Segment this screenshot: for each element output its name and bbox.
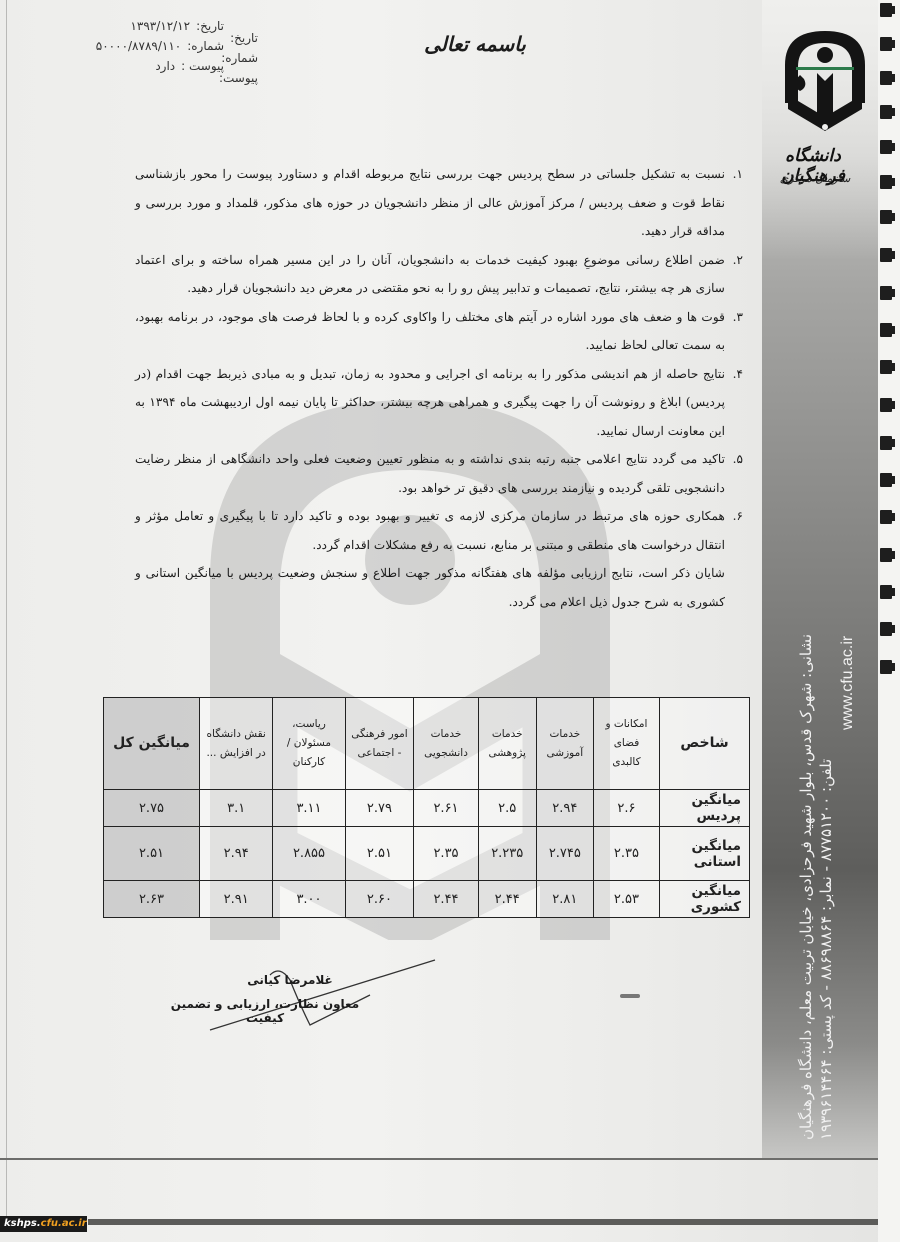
table-cell: ۲.۹۴: [200, 827, 273, 881]
numbered-paragraph: ۲. ضمن اطلاع رسانی موضوعِ بهبود کیفیت خد…: [135, 246, 743, 303]
letterhead-address: نشانی: شهرک قدس، بلوار شهید فرحزادی، خیا…: [785, 400, 845, 1160]
column-header: امور فرهنگی - اجتماعی: [345, 698, 414, 790]
row-label: میانگین استانی: [660, 827, 750, 881]
binder-hole-icon: [880, 660, 892, 674]
total-cell: ۲.۵۱: [104, 827, 200, 881]
column-header: خدمات آموزشی: [536, 698, 593, 790]
column-header: امکانات و فضای کالبدی: [593, 698, 659, 790]
contact-line: تلفن: ۸۷۷۵۱۲۰۰ - نمابر: ۸۸۶۹۸۸۶۴ - کد پس…: [817, 759, 835, 1140]
binder-hole-icon: [880, 286, 892, 300]
binder-hole-icon: [880, 398, 892, 412]
stamp-attachment-value: دارد: [155, 56, 175, 76]
stamp-number-row: شماره: ۵۰۰۰۰/۸۷۸۹/۱۱۰: [82, 36, 224, 56]
website-link[interactable]: www.cfu.ac.ir: [839, 636, 857, 730]
stamp-attachment-label: پیوست :: [181, 56, 224, 76]
bottom-thick-rule: [88, 1219, 878, 1225]
binder-hole-icon: [880, 210, 892, 224]
table-cell: ۲.۷۹: [345, 790, 414, 827]
table-cell: ۲.۵۳: [593, 881, 659, 918]
binder-hole-icon: [880, 37, 892, 51]
signatory-title: معاون نظارت، ارزیابی و تضمین کیفیت: [150, 997, 380, 1025]
stamp-number-value: ۵۰۰۰۰/۸۷۸۹/۱۱۰: [96, 36, 181, 56]
badge-domain: cfu.ac.ir: [41, 1218, 87, 1229]
bottom-rule: [0, 1158, 878, 1160]
letter-body: ۱. نسبت به تشکیل جلساتی در سطح پردیس جهت…: [135, 160, 743, 616]
paragraph-text: نتایج حاصله از هم اندیشی مذکور را به برن…: [135, 367, 725, 438]
table-cell: ۲.۶۰: [345, 881, 414, 918]
table-cell: ۳.۰۰: [273, 881, 345, 918]
binder-hole-icon: [880, 3, 892, 17]
numbered-paragraph: ۱. نسبت به تشکیل جلساتی در سطح پردیس جهت…: [135, 160, 743, 246]
table-cell: ۲.۵۱: [345, 827, 414, 881]
binder-hole-icon: [880, 622, 892, 636]
logo-subtitle: سازمان مرکزی: [770, 172, 860, 185]
table-cell: ۲.۵: [478, 790, 536, 827]
paragraph-number: ۳.: [733, 303, 743, 332]
table-row: میانگین پردیس ۲.۶ ۲.۹۴ ۲.۵ ۲.۶۱ ۲.۷۹ ۳.۱…: [104, 790, 750, 827]
binder-hole-icon: [880, 510, 892, 524]
address-line: نشانی: شهرک قدس، بلوار شهید فرحزادی، خیا…: [797, 634, 815, 1140]
table-cell: ۳.۱: [200, 790, 273, 827]
stamp-date-value: ۱۳۹۳/۱۲/۱۲: [130, 16, 190, 36]
row-label: میانگین پردیس: [660, 790, 750, 827]
binder-hole-icon: [880, 140, 892, 154]
farhangian-university-emblem-icon: [780, 25, 870, 145]
source-watermark-badge: kshps.cfu.ac.ir: [0, 1216, 87, 1232]
table-cell: ۲.۲۳۵: [478, 827, 536, 881]
paragraph-text: نسبت به تشکیل جلساتی در سطح پردیس جهت بر…: [135, 167, 725, 238]
stamp-attachment-row: پیوست : دارد: [82, 56, 224, 76]
table-cell: ۲.۳۵: [414, 827, 478, 881]
paragraph-number: ۱.: [733, 160, 743, 189]
binder-hole-icon: [880, 71, 892, 85]
closing-paragraph: شایان ذکر است، نتایج ارزیابی مؤلفه های ه…: [135, 559, 743, 616]
table-row: میانگین استانی ۲.۳۵ ۲.۷۴۵ ۲.۲۳۵ ۲.۳۵ ۲.۵…: [104, 827, 750, 881]
table-cell: ۲.۹۴: [536, 790, 593, 827]
paragraph-text: همکاری حوزه های مرتبط در سازمان مرکزی لا…: [135, 509, 725, 552]
column-header-total: میانگین کل: [104, 698, 200, 790]
page-edge-line: [6, 0, 7, 1220]
column-header: نقش دانشگاه در افزایش ...: [200, 698, 273, 790]
ink-mark: [620, 994, 640, 998]
binder-hole-icon: [880, 248, 892, 262]
table-cell: ۳.۱۱: [273, 790, 345, 827]
bismillah-heading: باسمه تعالی: [420, 32, 530, 56]
signatory-name: غلامرضا کیانی: [200, 973, 380, 987]
table-cell: ۲.۷۴۵: [536, 827, 593, 881]
stamp-number-label: شماره:: [187, 36, 224, 56]
letter-meta-stamp: تاریخ: ۱۳۹۳/۱۲/۱۲ شماره: ۵۰۰۰۰/۸۷۸۹/۱۱۰ …: [82, 16, 224, 76]
column-header: خدمات دانشجویی: [414, 698, 478, 790]
total-cell: ۲.۷۵: [104, 790, 200, 827]
binder-hole-icon: [880, 175, 892, 189]
numbered-paragraph: ۴. نتایج حاصله از هم اندیشی مذکور را به …: [135, 360, 743, 446]
table-cell: ۲.۳۵: [593, 827, 659, 881]
binder-hole-icon: [880, 585, 892, 599]
stamp-date-label: تاریخ:: [196, 16, 224, 36]
total-cell: ۲.۶۳: [104, 881, 200, 918]
paragraph-number: ۶.: [733, 502, 743, 531]
numbered-paragraph: ۵. تاکید می گردد نتایج اعلامی جنبه رتبه …: [135, 445, 743, 502]
table-cell: ۲.۴۴: [478, 881, 536, 918]
table-cell: ۲.۸۵۵: [273, 827, 345, 881]
table-cell: ۲.۶: [593, 790, 659, 827]
scanned-letter-page: دانشگاه فرهنگیان سازمان مرکزی نشانی: شهر…: [0, 0, 900, 1242]
row-label: میانگین کشوری: [660, 881, 750, 918]
column-header: خدمات پژوهشی: [478, 698, 536, 790]
paragraph-text: ضمن اطلاع رسانی موضوعِ بهبود کیفیت خدمات…: [135, 253, 725, 296]
paragraph-number: ۵.: [733, 445, 743, 474]
paragraph-text: قوت ها و ضعف های مورد اشاره در آیتم های …: [135, 310, 725, 353]
paragraph-number: ۴.: [733, 360, 743, 389]
paragraph-text: تاکید می گردد نتایج اعلامی جنبه رتبه بند…: [135, 452, 725, 495]
binder-hole-icon: [880, 360, 892, 374]
numbered-paragraph: ۳. قوت ها و ضعف های مورد اشاره در آیتم ه…: [135, 303, 743, 360]
stamp-date-row: تاریخ: ۱۳۹۳/۱۲/۱۲: [82, 16, 224, 36]
column-header-index: شاخص: [660, 698, 750, 790]
binder-hole-icon: [880, 473, 892, 487]
binder-hole-icon: [880, 548, 892, 562]
binder-hole-icon: [880, 436, 892, 450]
paragraph-number: ۲.: [733, 246, 743, 275]
column-header: ریاست، مسئولان /کارکنان: [273, 698, 345, 790]
badge-prefix: kshps.: [4, 1218, 41, 1229]
table-row: میانگین کشوری ۲.۵۳ ۲.۸۱ ۲.۴۴ ۲.۴۴ ۲.۶۰ ۳…: [104, 881, 750, 918]
numbered-paragraph: ۶. همکاری حوزه های مرتبط در سازمان مرکزی…: [135, 502, 743, 559]
evaluation-results-table: شاخص امکانات و فضای کالبدی خدمات آموزشی …: [103, 697, 750, 918]
table-cell: ۲.۴۴: [414, 881, 478, 918]
table-cell: ۲.۶۱: [414, 790, 478, 827]
table-cell: ۲.۹۱: [200, 881, 273, 918]
table-cell: ۲.۸۱: [536, 881, 593, 918]
table-header-row: شاخص امکانات و فضای کالبدی خدمات آموزشی …: [104, 698, 750, 790]
binder-hole-icon: [880, 323, 892, 337]
binder-hole-icon: [880, 105, 892, 119]
